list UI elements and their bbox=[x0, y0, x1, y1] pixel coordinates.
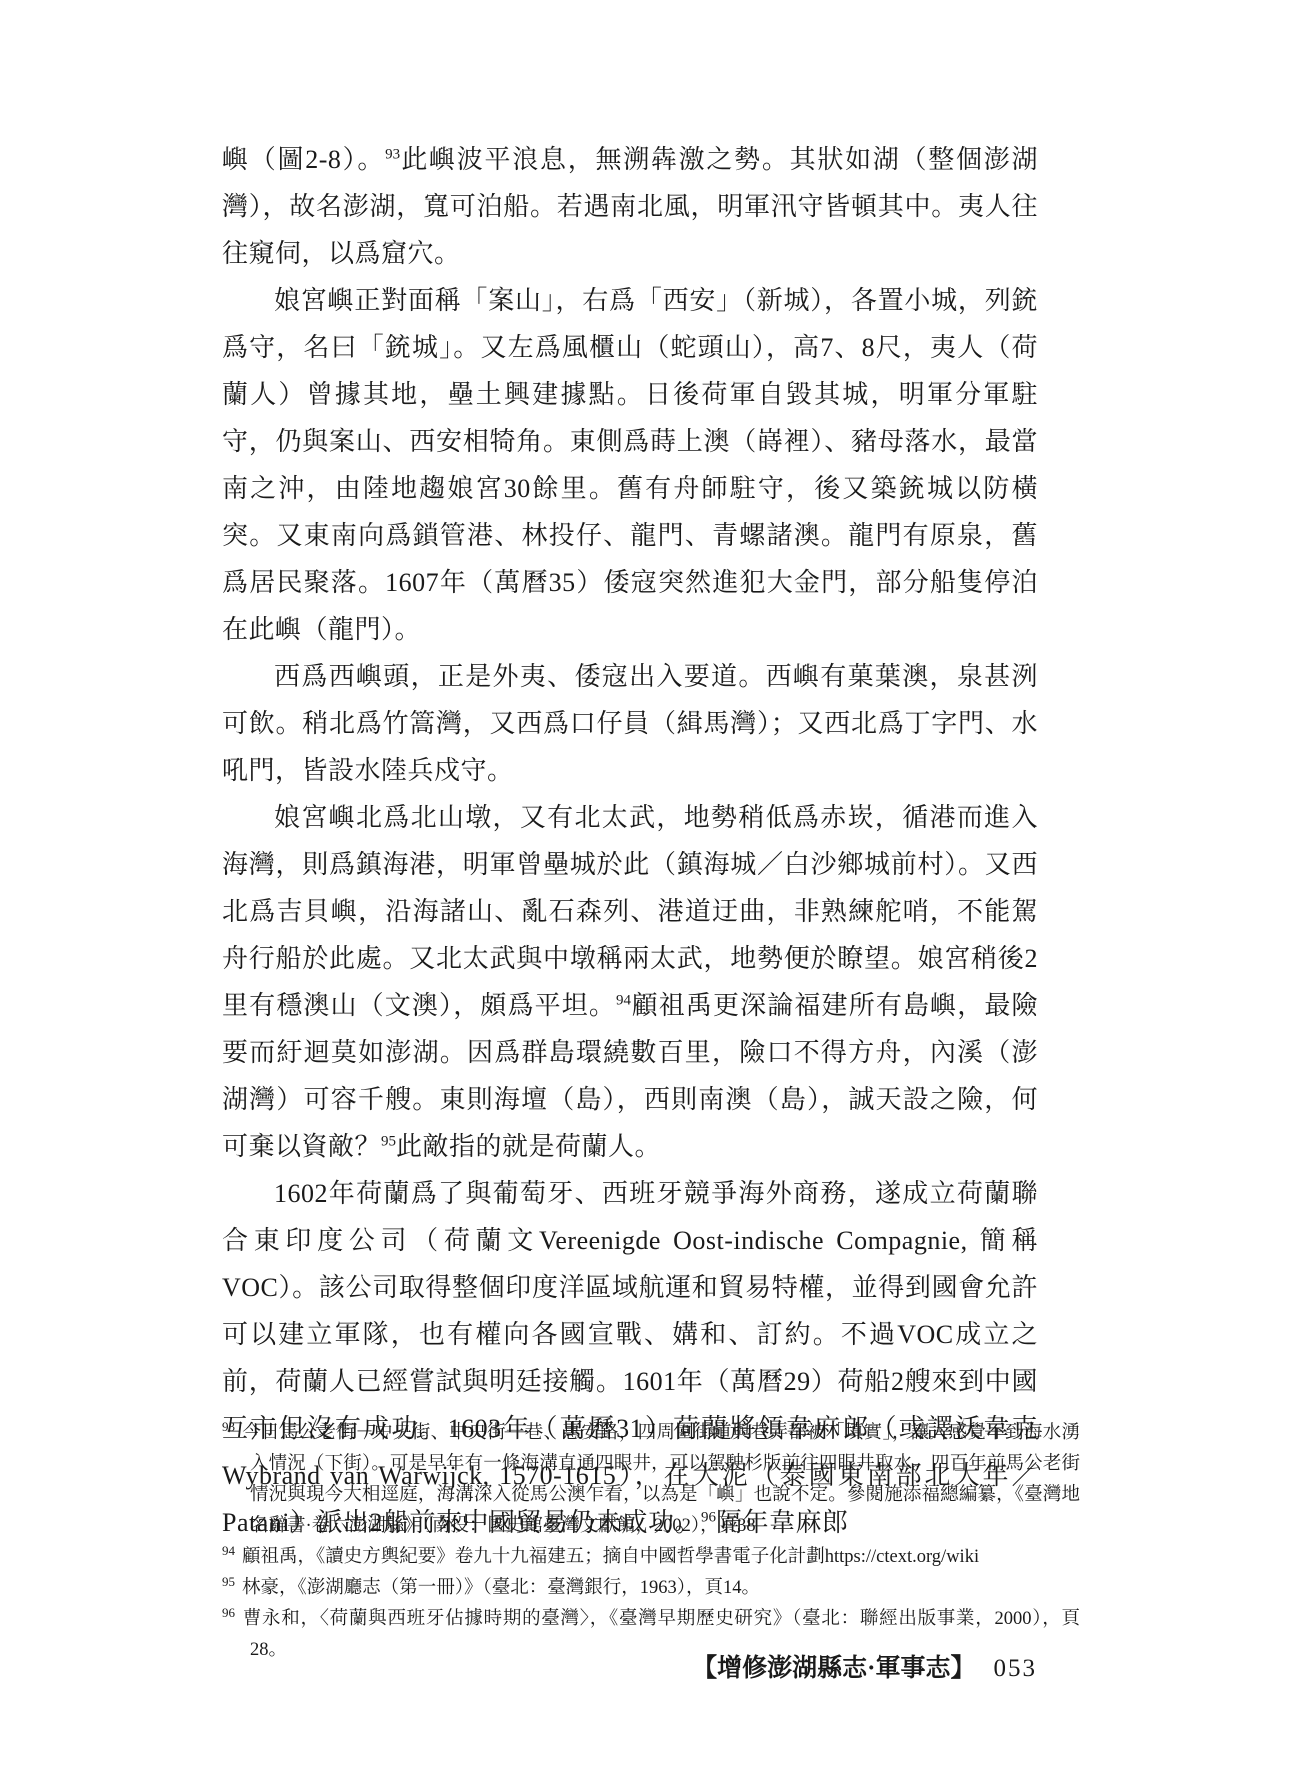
paragraph-4-text: 娘宮嶼北爲北山墩，又有北太武，地勢稍低爲赤崁，循港而進入海灣，則爲鎮海港，明軍曾… bbox=[222, 803, 1038, 1020]
paragraph-1-text: 嶼（圖2-8）。 bbox=[222, 145, 385, 174]
footnote-93: 93今日馬公老街－中央街、中央街一巷、惠安路，四周圍街道與巷弄都被「填實」，讓人… bbox=[222, 1418, 1080, 1542]
paragraph-3: 西爲西嶼頭，正是外夷、倭寇出入要道。西嶼有菓葉澳，泉甚洌可飲。稍北爲竹篙灣，又西… bbox=[222, 653, 1038, 794]
footnote-96-number: 96 bbox=[222, 1605, 235, 1620]
footnote-ref-94: 94 bbox=[616, 992, 631, 1008]
footnote-94-text: 顧祖禹，《讀史方輿紀要》卷九十九福建五；摘自中國哲學書電子化計劃https://… bbox=[242, 1547, 979, 1567]
paragraph-2-text: 娘宮嶼正對面稱「案山」，右爲「西安」（新城），各置小城，列銃爲守，名曰「銃城」。… bbox=[222, 286, 1038, 644]
body-text-block: 嶼（圖2-8）。93此嶼波平浪息，無溯犇激之勢。其狀如湖（整個澎湖灣），故名澎湖… bbox=[222, 136, 1038, 1546]
footnote-ref-93: 93 bbox=[385, 146, 400, 162]
footnotes-section: 93今日馬公老街－中央街、中央街一巷、惠安路，四周圍街道與巷弄都被「填實」，讓人… bbox=[222, 1418, 1080, 1666]
paragraph-3-text: 西爲西嶼頭，正是外夷、倭寇出入要道。西嶼有菓葉澳，泉甚洌可飲。稍北爲竹篙灣，又西… bbox=[222, 662, 1038, 785]
footnote-94: 94顧祖禹，《讀史方輿紀要》卷九十九福建五；摘自中國哲學書電子化計劃https:… bbox=[222, 1542, 1080, 1573]
paragraph-4-text-end: 此敵指的就是荷蘭人。 bbox=[396, 1132, 661, 1161]
page-number: 053 bbox=[994, 1655, 1038, 1682]
footnote-93-text: 今日馬公老街－中央街、中央街一巷、惠安路，四周圍街道與巷弄都被「填實」，讓人感覺… bbox=[242, 1423, 1080, 1536]
footnote-ref-95: 95 bbox=[381, 1133, 396, 1149]
book-page: 嶼（圖2-8）。93此嶼波平浪息，無溯犇激之勢。其狀如湖（整個澎湖灣），故名澎湖… bbox=[0, 0, 1300, 1778]
paragraph-4: 娘宮嶼北爲北山墩，又有北太武，地勢稍低爲赤崁，循港而進入海灣，則爲鎮海港，明軍曾… bbox=[222, 794, 1038, 1170]
footnote-95: 95林豪，《澎湖廳志（第一冊）》（臺北：臺灣銀行，1963），頁14。 bbox=[222, 1573, 1080, 1604]
paragraph-2: 娘宮嶼正對面稱「案山」，右爲「西安」（新城），各置小城，列銃爲守，名曰「銃城」。… bbox=[222, 277, 1038, 653]
footnote-95-number: 95 bbox=[222, 1574, 235, 1589]
footnote-94-number: 94 bbox=[222, 1543, 235, 1558]
paragraph-1: 嶼（圖2-8）。93此嶼波平浪息，無溯犇激之勢。其狀如湖（整個澎湖灣），故名澎湖… bbox=[222, 136, 1038, 277]
footnote-95-text: 林豪，《澎湖廳志（第一冊）》（臺北：臺灣銀行，1963），頁14。 bbox=[242, 1578, 760, 1598]
page-footer: 【增修澎湖縣志·軍事志】053 bbox=[692, 1652, 1037, 1686]
running-title: 【增修澎湖縣志·軍事志】 bbox=[692, 1655, 975, 1682]
footnote-93-number: 93 bbox=[222, 1419, 235, 1434]
